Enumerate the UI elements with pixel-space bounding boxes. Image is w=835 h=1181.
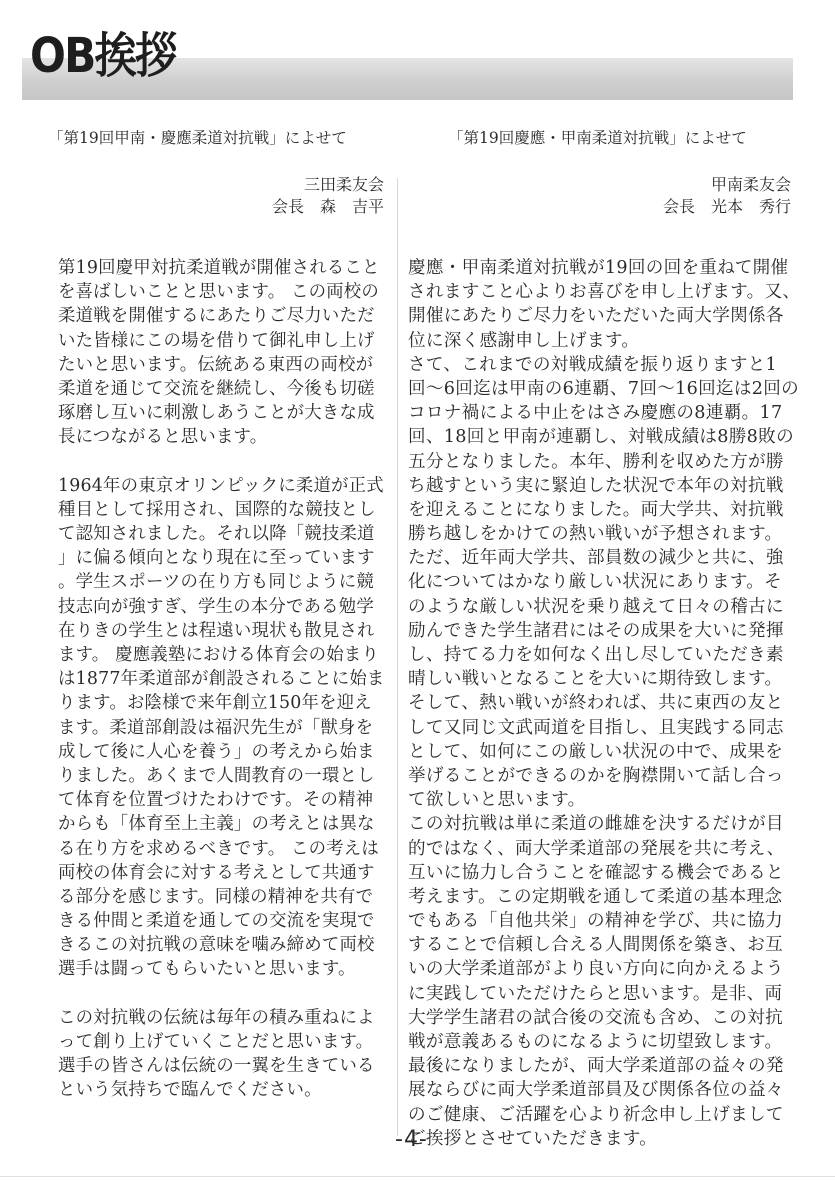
text-line: 選手の皆さんは伝統の一翼を生きている: [58, 1054, 388, 1078]
text-line: って創り上げていくことだと思います。: [58, 1030, 388, 1054]
text-line: て欲しいと思います。: [408, 788, 793, 812]
text-line: 」に偏る傾向となり現在に至っています: [58, 546, 388, 570]
paragraph-gap: [58, 982, 388, 1006]
paragraph-gap: [58, 450, 388, 474]
right-article-heading: 「第19回慶應・甲南柔道対抗戦」によせて: [448, 128, 793, 148]
text-line: 選手は闘ってもらいたいと思います。: [58, 957, 388, 981]
text-line: のような厳しい状況を乗り越えて日々の稽古に: [408, 595, 793, 619]
text-line: て体育を位置づけたわけです。その精神: [58, 788, 388, 812]
text-line: 化についてはかなり厳しい状況にあります。そ: [408, 570, 793, 594]
text-line: りました。あくまで人間教育の一環とし: [58, 764, 388, 788]
text-line: からも「体育至上主義」の考えとは異な: [58, 812, 388, 836]
text-line: 互いに協力し合うことを確認する機会であると: [408, 861, 793, 885]
text-line: 晴しい戦いとなることを大いに期待致します。: [408, 667, 793, 691]
text-line: 柔道戦を開催するにあたりご尽力いただ: [58, 304, 388, 328]
text-line: ち越すという実に緊迫した状況で本年の対抗戦: [408, 474, 793, 498]
text-line: きる仲間と柔道を通しての交流を実現で: [58, 909, 388, 933]
text-line: 五分となりました。本年、勝利を収めた方が勝: [408, 450, 793, 474]
text-line: として、如何にこの厳しい状況の中で、成果を: [408, 740, 793, 764]
text-line: は1877年柔道部が創設されることに始ま: [58, 667, 388, 691]
text-line: 位に深く感謝申し上げます。: [408, 329, 793, 353]
text-line: に実践していただけたらと思います。是非、両: [408, 982, 793, 1006]
text-line: 開催にあたりご尽力をいただいた両大学関係各: [408, 304, 793, 328]
text-line: て認知されました。それ以降「競技柔道: [58, 522, 388, 546]
text-line: 柔道を通じて交流を継続し、今後も切磋: [58, 377, 388, 401]
text-line: たいと思います。伝統ある東西の両校が: [58, 353, 388, 377]
left-article-author: 会長 森 吉平: [58, 196, 384, 218]
left-article-organization: 三田柔友会: [58, 174, 384, 196]
column-divider: [397, 178, 398, 1136]
text-line: 第19回慶甲対抗柔道戦が開催されること: [58, 256, 388, 280]
text-line: でもある「自他共栄」の精神を学び、共に協力: [408, 909, 793, 933]
text-line: 挙げることができるのかを胸襟開いて話し合っ: [408, 764, 793, 788]
paragraph: 慶應・甲南柔道対抗戦が19回の回を重ねて開催されますこと心よりお喜びを申し上げま…: [408, 256, 793, 1151]
left-article: 「第19回甲南・慶應柔道対抗戦」によせて 三田柔友会 会長 森 吉平 第19回慶…: [58, 128, 388, 1103]
text-line: いた皆様にこの場を借りて御礼申し上げ: [58, 329, 388, 353]
text-line: 琢磨し互いに刺激しあうことが大きな成: [58, 401, 388, 425]
text-line: し、持てる力を如何なく出し尽していただき素: [408, 643, 793, 667]
text-line: ります。お陰様で来年創立150年を迎え: [58, 691, 388, 715]
text-line: ます。 慶應義塾における体育会の始まり: [58, 643, 388, 667]
text-line: 励んできた学生諸君にはその成果を大いに発揮: [408, 619, 793, 643]
text-line: のご健康、ご活躍を心より祈念申し上げまして: [408, 1103, 793, 1127]
text-line: を喜ばしいことと思います。 この両校の: [58, 280, 388, 304]
text-line: 両校の体育会に対する考えとして共通す: [58, 861, 388, 885]
text-line: 長につながると思います。: [58, 425, 388, 449]
paragraph: 1964年の東京オリンピックに柔道が正式種目として採用され、国際的な競技として認…: [58, 474, 388, 982]
text-line: この対抗戦は単に柔道の雌雄を決するだけが目: [408, 812, 793, 836]
text-line: 最後になりましたが、両大学柔道部の益々の発: [408, 1054, 793, 1078]
text-line: 戦が意義あるものになるように切望致します。: [408, 1030, 793, 1054]
text-line: ただ、近年両大学共、部員数の減少と共に、強: [408, 546, 793, 570]
left-article-heading: 「第19回甲南・慶應柔道対抗戦」によせて: [48, 128, 388, 148]
text-line: そして、熱い戦いが終われば、共に東西の友と: [408, 691, 793, 715]
text-line: することで信頼し合える人間関係を築き、お互: [408, 933, 793, 957]
text-line: 勝ち越しをかけての熱い戦いが予想されます。: [408, 522, 793, 546]
page-number: -4-: [395, 1127, 428, 1152]
text-line: 大学学生諸君の試合後の交流も含め、この対抗: [408, 1006, 793, 1030]
text-line: る部分を感じます。同様の精神を共有で: [58, 885, 388, 909]
text-line: 回～6回迄は甲南の6連覇、7回～16回迄は2回の: [408, 377, 793, 401]
text-line: 考えます。この定期戦を通して柔道の基本理念: [408, 885, 793, 909]
text-line: きるこの対抗戦の意味を噛み締めて両校: [58, 933, 388, 957]
right-article-byline: 甲南柔友会 会長 光本 秀行: [408, 174, 791, 218]
paragraph: 第19回慶甲対抗柔道戦が開催されることを喜ばしいことと思います。 この両校の柔道…: [58, 256, 388, 450]
page-title: OB挨拶: [30, 26, 176, 86]
left-article-byline: 三田柔友会 会長 森 吉平: [58, 174, 384, 218]
text-line: されますこと心よりお喜びを申し上げます。又、: [408, 280, 793, 304]
text-line: 成して後に人心を養う」の考えから始ま: [58, 740, 388, 764]
right-article: 「第19回慶應・甲南柔道対抗戦」によせて 甲南柔友会 会長 光本 秀行 慶應・甲…: [408, 128, 793, 1151]
text-line: 1964年の東京オリンピックに柔道が正式: [58, 474, 388, 498]
right-article-organization: 甲南柔友会: [408, 174, 791, 196]
text-line: して又同じ文武両道を目指し、且実践する同志: [408, 716, 793, 740]
text-line: を迎えることになりました。両大学共、対抗戦: [408, 498, 793, 522]
paragraph: この対抗戦の伝統は毎年の積み重ねによって創り上げていくことだと思います。選手の皆…: [58, 1006, 388, 1103]
text-line: コロナ禍による中止をはさみ慶應の8連覇。17: [408, 401, 793, 425]
text-line: という気持ちで臨んでください。: [58, 1078, 388, 1102]
text-line: 慶應・甲南柔道対抗戦が19回の回を重ねて開催: [408, 256, 793, 280]
text-line: いの大学柔道部がより良い方向に向かえるよう: [408, 957, 793, 981]
text-line: さて、これまでの対戦成績を振り返りますと1: [408, 353, 793, 377]
left-article-body: 第19回慶甲対抗柔道戦が開催されることを喜ばしいことと思います。 この両校の柔道…: [58, 256, 388, 1103]
text-line: ご挨拶とさせていただきます。: [408, 1127, 793, 1151]
text-line: 技志向が強すぎ、学生の本分である勉学: [58, 595, 388, 619]
text-line: 展ならびに両大学柔道部員及び関係各位の益々: [408, 1078, 793, 1102]
text-line: 。学生スポーツの在り方も同じように競: [58, 570, 388, 594]
text-line: 的ではなく、両大学柔道部の発展を共に考え、: [408, 837, 793, 861]
text-line: ます。柔道部創設は福沢先生が「獣身を: [58, 716, 388, 740]
text-line: 在りきの学生とは程遠い現状も散見され: [58, 619, 388, 643]
text-line: 回、18回と甲南が連覇し、対戦成績は8勝8敗の: [408, 425, 793, 449]
text-line: 種目として採用され、国際的な競技とし: [58, 498, 388, 522]
text-line: この対抗戦の伝統は毎年の積み重ねによ: [58, 1006, 388, 1030]
right-article-author: 会長 光本 秀行: [408, 196, 791, 218]
right-article-body: 慶應・甲南柔道対抗戦が19回の回を重ねて開催されますこと心よりお喜びを申し上げま…: [408, 256, 793, 1151]
bottom-rule: [0, 1176, 835, 1177]
text-line: る在り方を求めるべきです。 この考えは: [58, 837, 388, 861]
